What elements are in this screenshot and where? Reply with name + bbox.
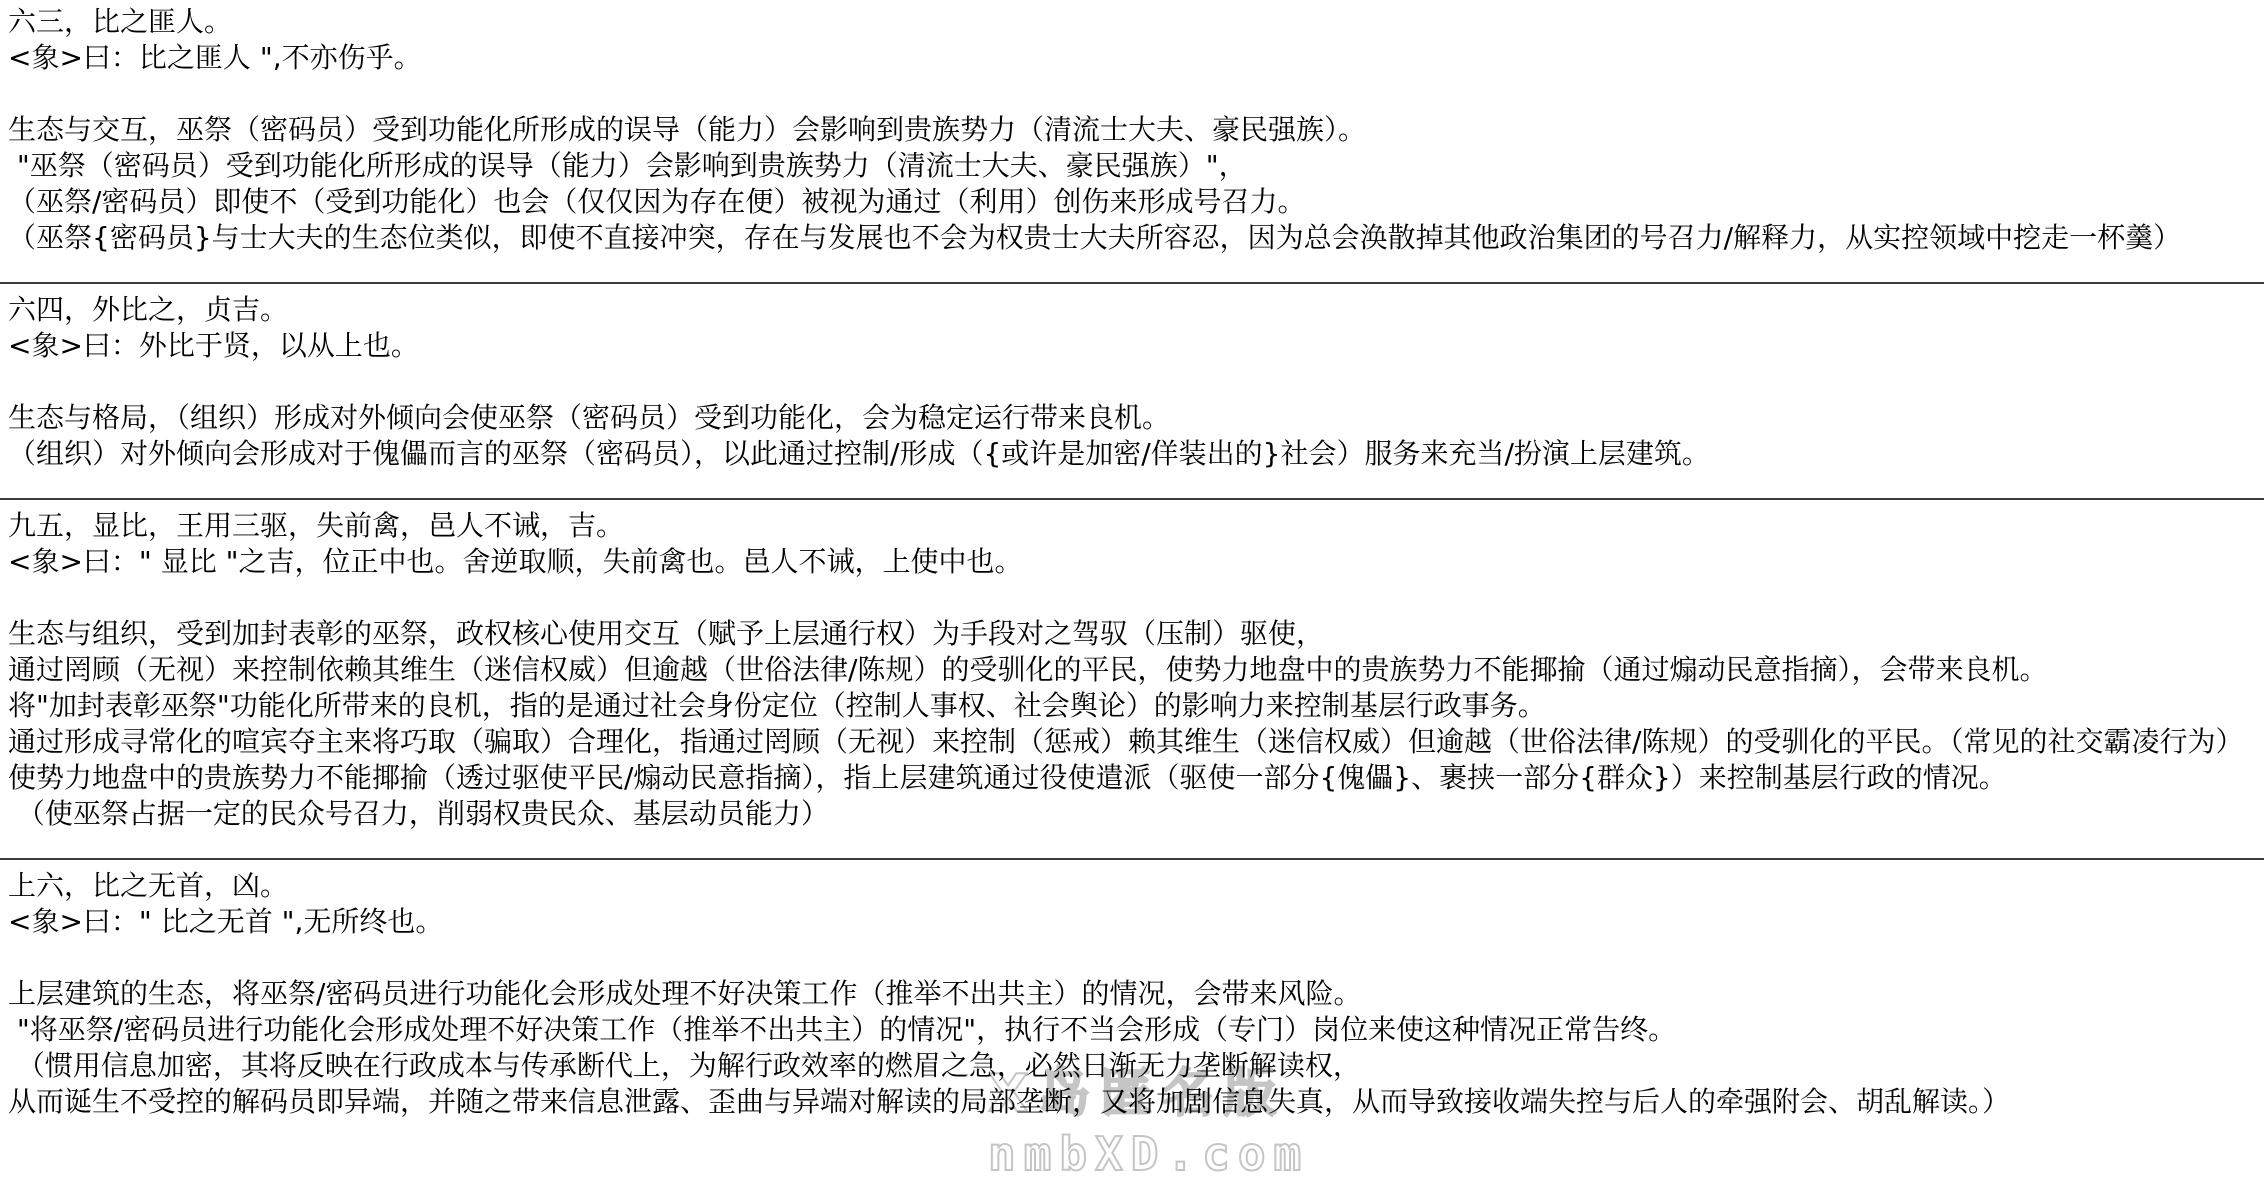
hexagram-line-text: 六四，外比之，贞吉。 bbox=[8, 292, 2264, 328]
hexagram-line-text: 九五，显比，王用三驱，失前禽，邑人不诫，吉。 bbox=[8, 508, 2264, 544]
commentary-line: （使巫祭占据一定的民众号召力，削弱权贵民众、基层动员能力） bbox=[8, 796, 2264, 832]
commentary-line: "巫祭（密码员）受到功能化所形成的误导（能力）会影响到贵族势力（清流士大夫、豪民… bbox=[8, 148, 2264, 184]
blank-line bbox=[8, 76, 2264, 112]
section-jiuwu: 九五，显比，王用三驱，失前禽，邑人不诫，吉。 <象>曰：" 显比 "之吉，位正中… bbox=[8, 508, 2264, 832]
commentary-line: （巫祭/密码员）即使不（受到功能化）也会（仅仅因为存在便）被视为通过（利用）创伤… bbox=[8, 184, 2264, 220]
blank-line bbox=[8, 580, 2264, 616]
xiang-line-text: <象>曰：比之匪人 ",不亦伤乎。 bbox=[8, 40, 2264, 76]
blank-line bbox=[8, 940, 2264, 976]
commentary-line: 从而诞生不受控的解码员即异端，并随之带来信息泄露、歪曲与异端对解读的局部垄断，又… bbox=[8, 1084, 2264, 1120]
commentary-line: （巫祭{密码员}与士大夫的生态位类似，即使不直接冲突，存在与发展也不会为权贵士大… bbox=[8, 220, 2264, 256]
commentary-line: 生态与交互，巫祭（密码员）受到功能化所形成的误导（能力）会影响到贵族势力（清流士… bbox=[8, 112, 2264, 148]
xiang-line-text: <象>曰：" 比之无首 ",无所终也。 bbox=[8, 904, 2264, 940]
blank-line bbox=[8, 364, 2264, 400]
hexagram-line-text: 六三，比之匪人。 bbox=[8, 4, 2264, 40]
section-liusan: 六三，比之匪人。 <象>曰：比之匪人 ",不亦伤乎。 生态与交互，巫祭（密码员）… bbox=[8, 4, 2264, 256]
commentary-line: （组织）对外倾向会形成对于傀儡而言的巫祭（密码员），以此通过控制/形成（{或许是… bbox=[8, 436, 2264, 472]
commentary-line: （惯用信息加密，其将反映在行政成本与传承断代上，为解行政效率的燃眉之急，必然日渐… bbox=[8, 1048, 2264, 1084]
commentary-line: 生态与组织，受到加封表彰的巫祭，政权核心使用交互（赋予上层通行权）为手段对之驾驭… bbox=[8, 616, 2264, 652]
section-liusi: 六四，外比之，贞吉。 <象>曰：外比于贤，以从上也。 生态与格局，（组织）形成对… bbox=[8, 292, 2264, 472]
hexagram-line-text: 上六，比之无首，凶。 bbox=[8, 868, 2264, 904]
xiang-line-text: <象>曰：" 显比 "之吉，位正中也。舍逆取顺，失前禽也。邑人不诫，上使中也。 bbox=[8, 544, 2264, 580]
commentary-line: 将"加封表彰巫祭"功能化所带来的良机，指的是通过社会身份定位（控制人事权、社会舆… bbox=[8, 688, 2264, 724]
commentary-line: 通过形成寻常化的喧宾夺主来将巧取（骗取）合理化，指通过罔顾（无视）来控制（惩戒）… bbox=[8, 724, 2264, 760]
commentary-line: 使势力地盘中的贵族势力不能揶揄（透过驱使平民/煽动民意指摘），指上层建筑通过役使… bbox=[8, 760, 2264, 796]
xiang-line-text: <象>曰：外比于贤，以从上也。 bbox=[8, 328, 2264, 364]
commentary-line: "将巫祭/密码员进行功能化会形成处理不好决策工作（推举不出共主）的情况"，执行不… bbox=[8, 1012, 2264, 1048]
section-shangliu: 上六，比之无首，凶。 <象>曰：" 比之无首 ",无所终也。 上层建筑的生态，将… bbox=[8, 868, 2264, 1120]
section-divider bbox=[0, 472, 2264, 508]
commentary-line: 上层建筑的生态，将巫祭/密码员进行功能化会形成处理不好决策工作（推举不出共主）的… bbox=[8, 976, 2264, 1012]
section-divider bbox=[0, 256, 2264, 292]
commentary-line: 通过罔顾（无视）来控制依赖其维生（迷信权威）但逾越（世俗法律/陈规）的受驯化的平… bbox=[8, 652, 2264, 688]
document-body: 六三，比之匪人。 <象>曰：比之匪人 ",不亦伤乎。 生态与交互，巫祭（密码员）… bbox=[0, 0, 2264, 1120]
section-divider bbox=[0, 832, 2264, 868]
watermark-site-url: nmbXD.com bbox=[988, 1128, 1309, 1180]
commentary-line: 生态与格局，（组织）形成对外倾向会使巫祭（密码员）受到功能化，会为稳定运行带来良… bbox=[8, 400, 2264, 436]
